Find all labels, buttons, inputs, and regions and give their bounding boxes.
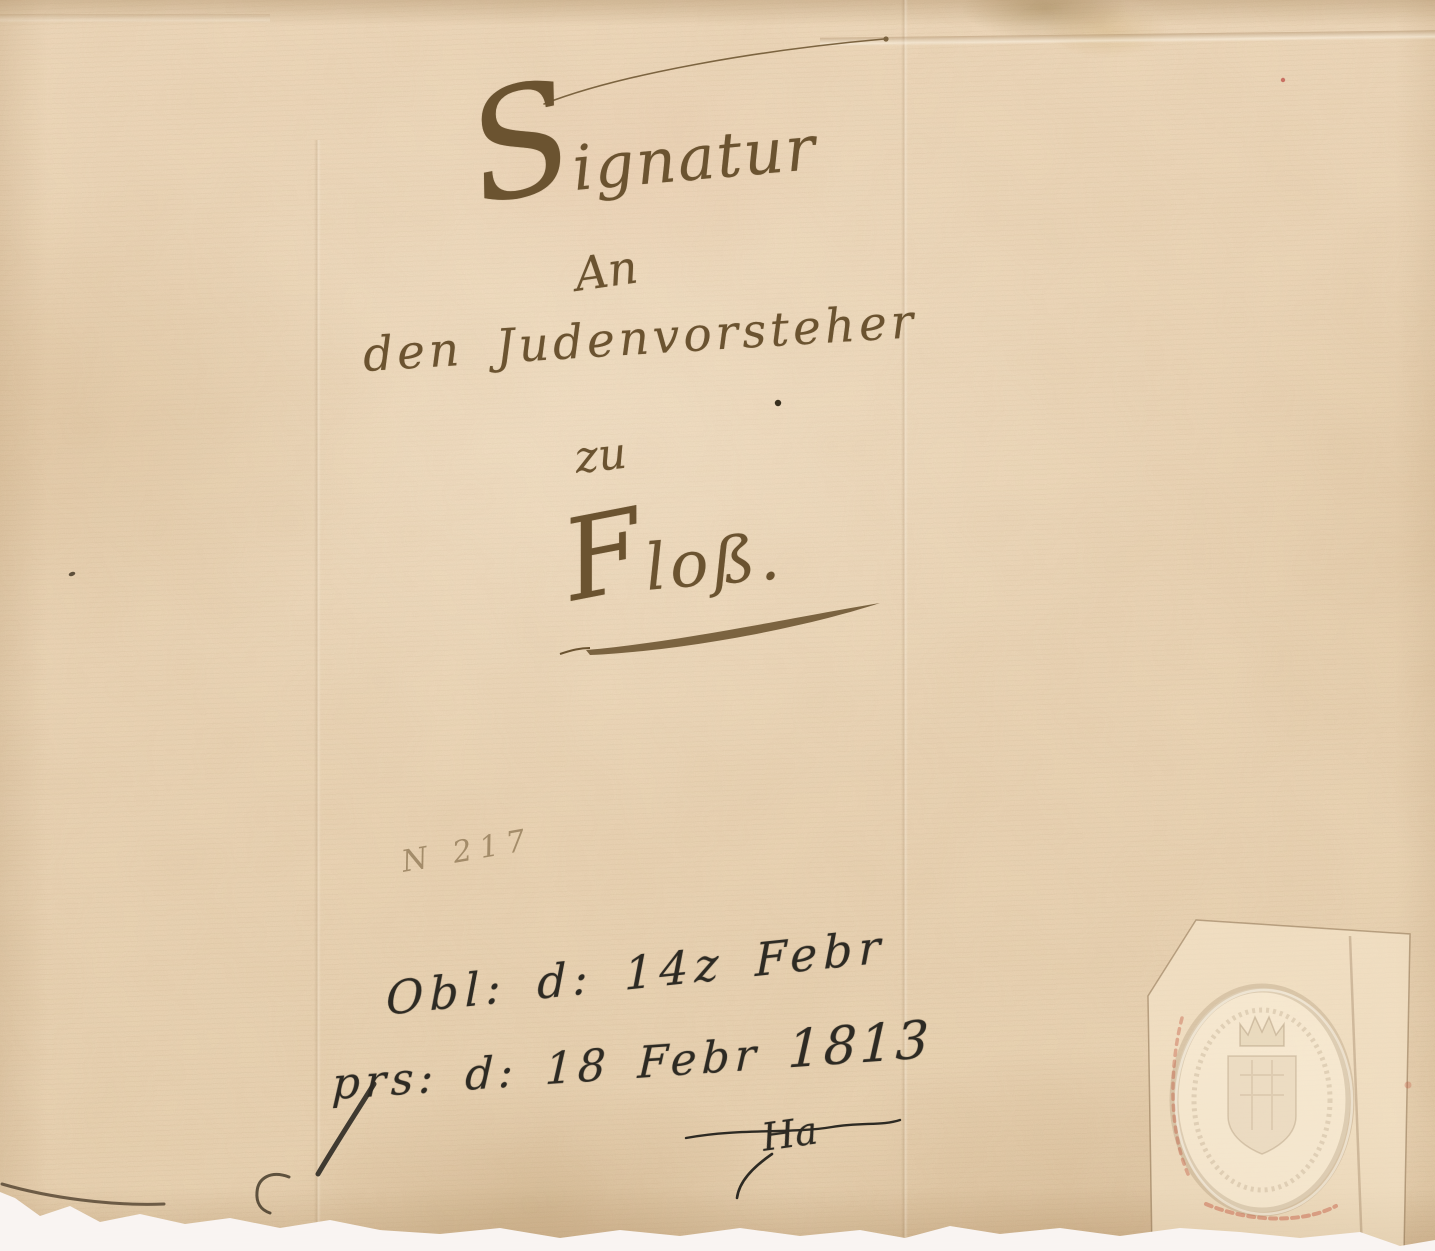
floss-initial: F	[557, 504, 654, 608]
address-line-zu: zu	[572, 428, 629, 484]
address-line-recipient: den Judenvorsteher	[361, 294, 918, 383]
paraph-tail-stroke	[737, 1154, 772, 1198]
fold-crease-top-left	[0, 14, 270, 23]
address-line-floss: Floß.	[561, 496, 787, 613]
seal-red-trace-left	[1173, 1018, 1188, 1174]
seal-shield-motif	[1228, 1056, 1296, 1154]
seal-inscription-ring	[1194, 1010, 1330, 1190]
floss-underline-tail	[560, 648, 590, 654]
ink-speck	[775, 400, 781, 406]
seal-emboss-disc	[1174, 988, 1350, 1212]
seal-red-smudge	[1405, 1082, 1412, 1089]
clerk-note-line1: Obl: d: 14z Febr	[386, 919, 886, 1026]
seal-patch-fold-line	[1350, 936, 1362, 1251]
scan-background: Signatur An den Judenvorsteher zu Floß. …	[0, 0, 1435, 1251]
registry-note: N 217	[399, 822, 536, 880]
letter-paper: Signatur An den Judenvorsteher zu Floß. …	[0, 0, 1435, 1251]
fold-crease-top-right	[820, 30, 1435, 47]
address-line-an: An	[571, 240, 641, 302]
seal-crown-motif	[1240, 1017, 1284, 1046]
bottom-hook-mark	[257, 1174, 289, 1213]
seal-red-trace-bottom	[1206, 1204, 1336, 1219]
clerk-paraph: Ha	[759, 1108, 820, 1159]
floss-rest: loß.	[642, 520, 786, 606]
fold-crease-vertical-left	[314, 140, 321, 1251]
signatur-rest: ignatur	[570, 111, 820, 205]
red-ink-dot	[1281, 78, 1285, 82]
seal-emboss-highlight	[1176, 990, 1352, 1214]
clerk-note-line2-text: prs: d: 18 Febr	[331, 1029, 762, 1110]
seal-shield-hatching	[1240, 1060, 1284, 1130]
clerk-note-year: 1813	[787, 1010, 933, 1080]
signatur-initial: S	[458, 74, 585, 213]
embossed-seal	[1148, 920, 1412, 1251]
address-line-signatur: Signatur	[465, 58, 820, 214]
seal-emboss-ring	[1174, 988, 1350, 1212]
ink-speck-left-edge	[68, 571, 76, 577]
seal-paper-patch	[1148, 920, 1410, 1251]
clerk-note-line2: prs: d: 18 Febr 1813	[331, 1010, 933, 1112]
bottom-left-crease-mark	[2, 1184, 164, 1204]
